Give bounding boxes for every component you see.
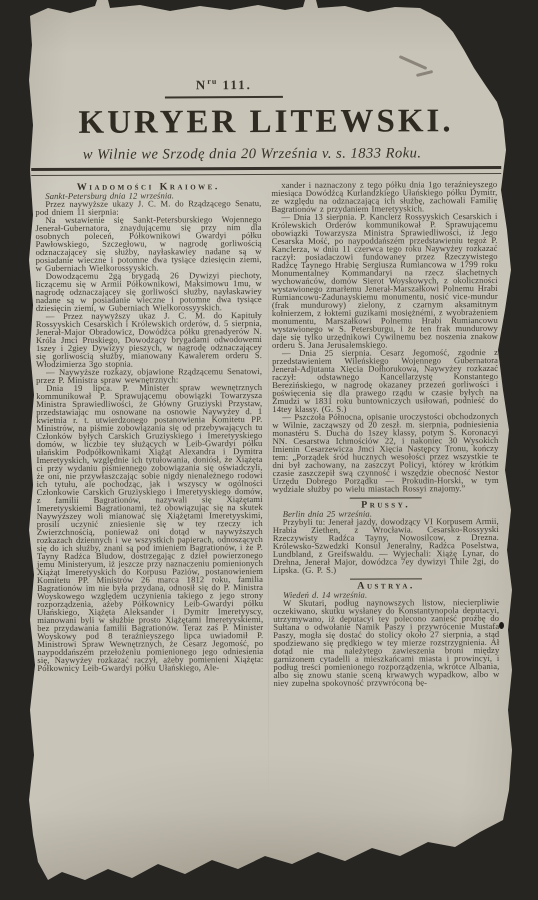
article-paragraph: Dnia 19 lipca. P. Minister spraw wewnętr…	[36, 383, 263, 672]
issue-superscript: ru	[207, 77, 217, 86]
issue-number-block: Nru 111.	[0, 75, 459, 99]
section-divider-rule	[350, 497, 422, 499]
article-paragraph: xander i naznaczony z tego półku dnia 1g…	[271, 180, 497, 213]
article-paragraph: — Dnia 13 sierpnia. P. Kanclerz Rossyysk…	[271, 212, 498, 349]
article-paragraph: Dowodzącemu 2gą brygadą 26 Dywizyi piech…	[36, 271, 262, 312]
page-content: Nru 111. KURYER LITEWSKI. w Wilnie we Sr…	[31, 0, 504, 688]
article-paragraph: Na wstawienie się Sankt-Petersburskiego …	[35, 215, 261, 272]
newspaper-page: Nru 111. KURYER LITEWSKI. w Wilnie we Sr…	[0, 0, 538, 900]
masthead-dateline: w Wilnie we Srzodę dnia 20 Września v. s…	[17, 145, 487, 164]
issue-prefix: N	[196, 77, 207, 92]
paper-crease	[268, 180, 269, 800]
ink-spot	[499, 622, 504, 629]
article-paragraph: W Skutari, podług naynowszych listow, ni…	[273, 598, 499, 687]
left-column: Wiadomości Kraiowe. Sankt-Petersburg dni…	[35, 181, 263, 688]
masthead-title: KURYER LITEWSKI.	[31, 103, 501, 141]
article-paragraph: — Dnia 25 sierpnia. Cesarz Jegomość, zgo…	[272, 348, 498, 413]
masthead-divider-rule	[31, 166, 501, 176]
article-paragraph: — Pszczoła Północna, opisanie uroczystoś…	[272, 412, 498, 493]
masthead: Nru 111. KURYER LITEWSKI. w Wilnie we Sr…	[31, 0, 502, 176]
issue-number: Nru 111.	[196, 77, 252, 92]
scanner-background: Nru 111. KURYER LITEWSKI. w Wilnie we Sr…	[0, 0, 538, 900]
issue-value: 111.	[217, 77, 252, 92]
article-paragraph: — Przez naywyższy ukaz J. C. M. do Kapit…	[36, 311, 262, 368]
article-paragraph: Przybyli tu: Jenerał jazdy, dowodzący VI…	[273, 517, 499, 574]
issue-rule	[165, 96, 283, 99]
right-column: xander i naznaczony z tego półku dnia 1g…	[271, 180, 499, 687]
